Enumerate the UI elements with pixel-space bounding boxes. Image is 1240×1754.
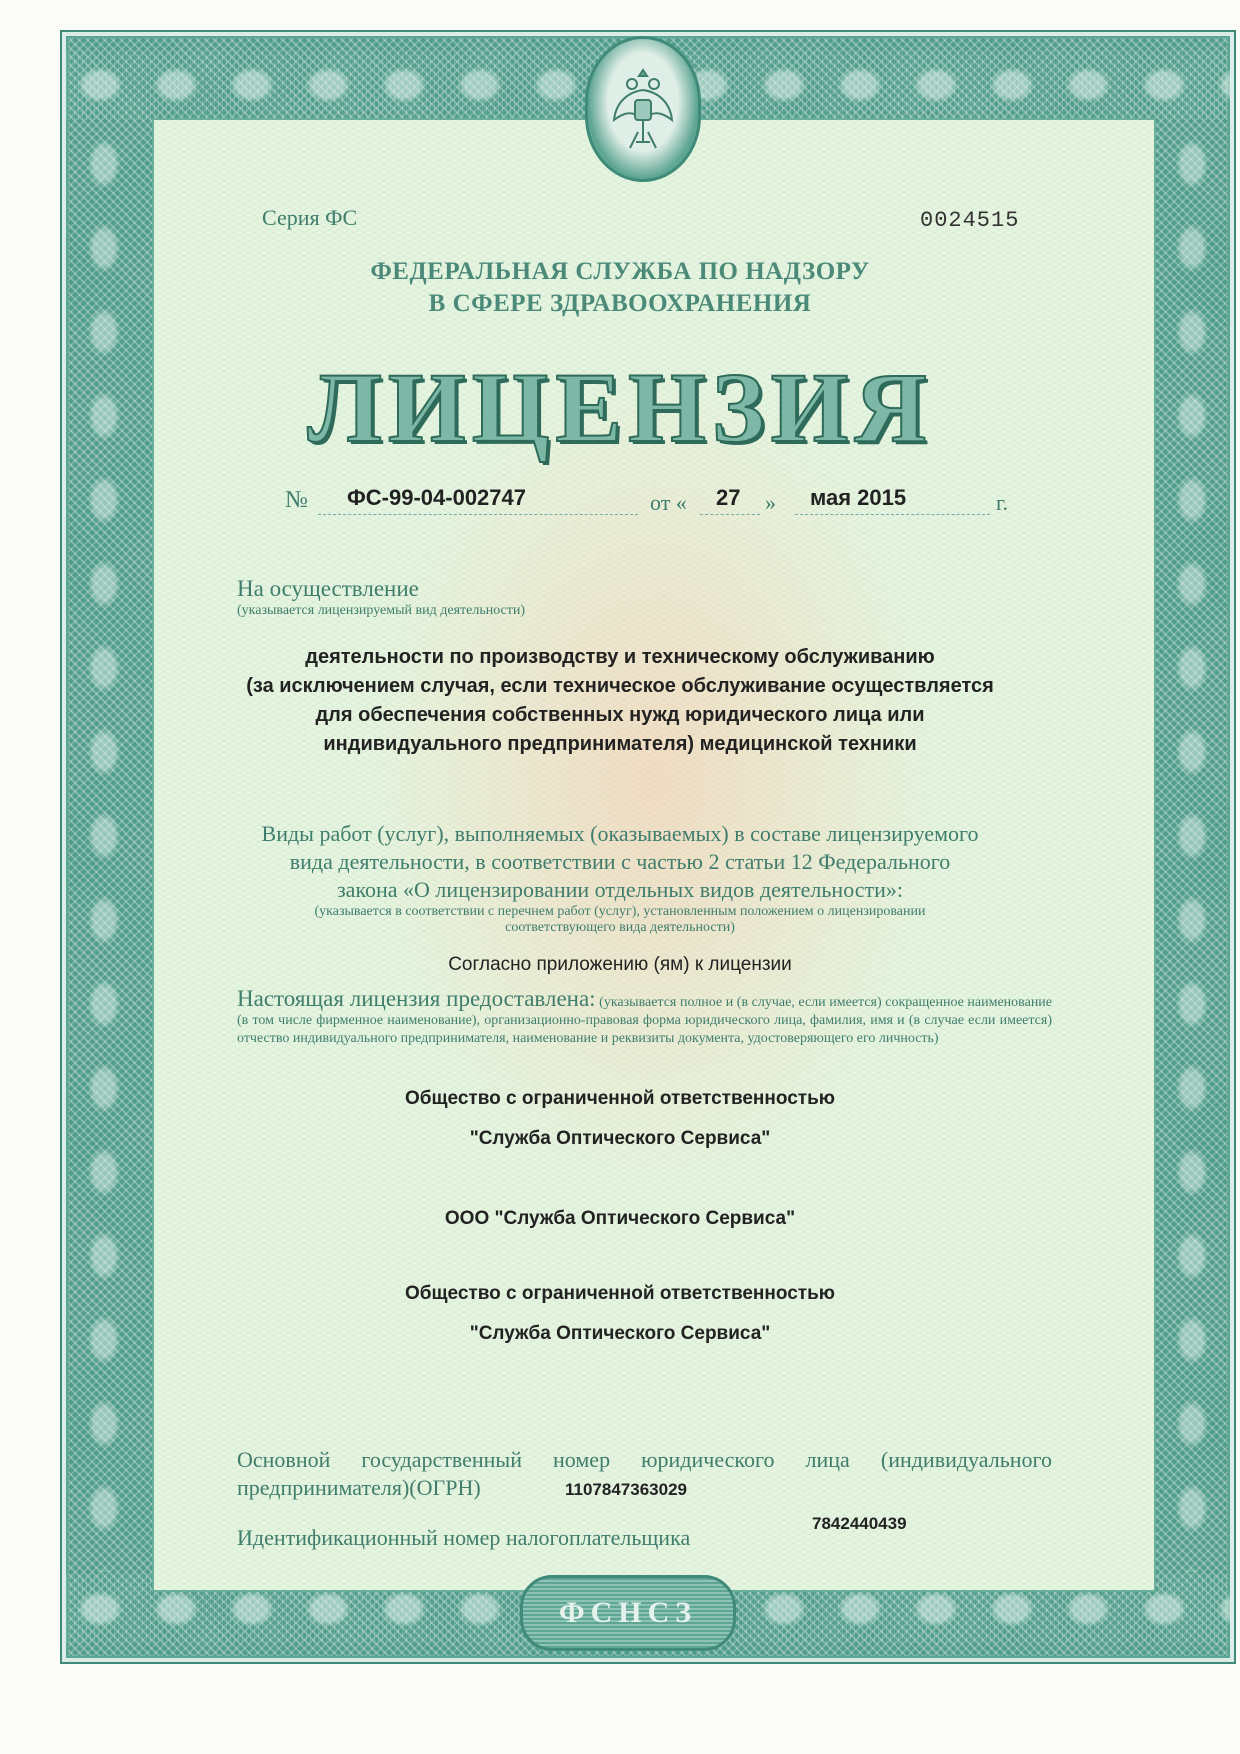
activity-line: для обеспечения собственных нужд юридиче… [0, 701, 1240, 730]
license-number: ФС-99-04-002747 [347, 485, 526, 511]
ogrn-label-line-1: Основной государственный номер юридическ… [237, 1445, 1052, 1475]
date-quote-close: » [765, 490, 776, 516]
day-underline [700, 514, 760, 515]
number-underline [318, 514, 638, 515]
agency-name-line-2: В СФЕРЕ ЗДРАВООХРАНЕНИЯ [0, 290, 1240, 318]
agency-name-line-1: ФЕДЕРАЛЬНАЯ СЛУЖБА ПО НАДЗОРУ [0, 258, 1240, 286]
licensee-full-name-line-2: "Служба Оптического Сервиса" [0, 1128, 1240, 1150]
granted-to-section: Настоящая лицензия предоставлена: (указы… [237, 990, 1052, 1048]
activity-line: (за исключением случая, если техническое… [0, 672, 1240, 701]
document-title: ЛИЦЕНЗИЯ [0, 350, 1240, 465]
ogrn-label: Основной государственный номер юридическ… [237, 1445, 1052, 1475]
license-day: 27 [716, 485, 740, 511]
activity-line: деятельности по производству и техническ… [0, 643, 1240, 672]
series-label: Серия ФС [262, 205, 357, 231]
licensee-brand-name-line-2: "Служба Оптического Сервиса" [0, 1323, 1240, 1345]
licensee-full-name-line-1: Общество с ограниченной ответственностью [0, 1088, 1240, 1110]
activity-note: (указывается лицензируемый вид деятельно… [237, 603, 525, 619]
month-underline [795, 514, 990, 515]
works-label-line: вида деятельности, в соответствии с част… [0, 848, 1240, 876]
licensee-short-name: ООО "Служба Оптического Сервиса" [0, 1208, 1240, 1230]
bottom-emblem-text: ФСНСЗ [559, 1596, 697, 1630]
licensee-brand-name-line-1: Общество с ограниченной ответственностью [0, 1283, 1240, 1305]
works-label-line: Виды работ (услуг), выполняемых (оказыва… [0, 820, 1240, 848]
works-note-line: (указывается в соответствии с перечнем р… [0, 904, 1240, 920]
number-sign: № [285, 487, 308, 514]
inn-value: 7842440439 [812, 1514, 907, 1534]
year-suffix: г. [996, 490, 1008, 516]
works-note-line: соответствующего вида деятельности) [0, 920, 1240, 936]
serial-number: 0024515 [920, 208, 1019, 233]
ogrn-label-line-2: предпринимателя)(ОГРН) [237, 1475, 481, 1501]
coat-of-arms-icon [585, 36, 701, 182]
date-from-label: от « [650, 490, 687, 516]
granted-label: Настоящая лицензия предоставлена: [237, 986, 596, 1011]
works-value: Согласно приложению (ям) к лицензии [0, 950, 1240, 979]
works-label-line: закона «О лицензировании отдельных видов… [0, 876, 1240, 904]
activity-label: На осуществление [237, 576, 419, 602]
double-headed-eagle-icon [608, 62, 678, 157]
bottom-emblem-cartouche: ФСНСЗ [520, 1575, 736, 1651]
inn-label: Идентификационный номер налогоплательщик… [237, 1525, 690, 1551]
license-month-year: мая 2015 [810, 485, 906, 511]
activity-line: индивидуального предпринимателя) медицин… [0, 730, 1240, 759]
ogrn-value: 1107847363029 [565, 1480, 687, 1500]
